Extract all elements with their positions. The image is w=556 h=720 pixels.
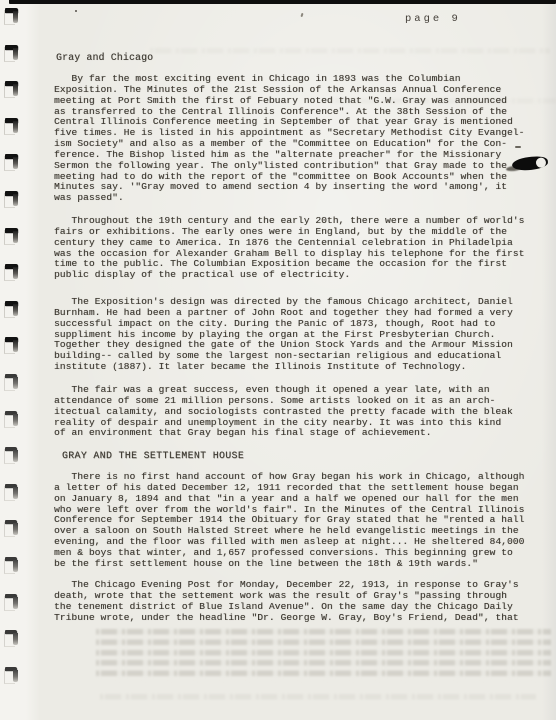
paragraph-fair-success: The fair was a great success, even thoug… (54, 385, 513, 439)
ink-smudge-mark (504, 146, 552, 178)
binding-tooth (5, 447, 20, 464)
paragraph-settlement-house-begin: There is no first hand account of how Gr… (54, 472, 524, 570)
binding-tooth (5, 337, 20, 354)
paragraph-columbian-exposition: By far the most exciting event in Chicag… (54, 74, 524, 204)
binding-tooth (5, 118, 20, 135)
binding-tooth (5, 81, 20, 98)
binding-tooth (5, 557, 20, 574)
binding-tooth (5, 594, 20, 611)
scanned-document-page: page 9 Gray and Chicago By far the most … (0, 0, 556, 720)
stray-comma-mark (300, 13, 303, 17)
binding-tooth (5, 411, 20, 428)
smudge-blob (511, 155, 548, 172)
document-title: Gray and Chicago (56, 52, 153, 63)
binding-tooth (5, 154, 20, 171)
binding-tooth (5, 520, 20, 537)
binding-tooth (5, 630, 20, 647)
paragraph-worlds-fairs: Throughout the 19th century and the earl… (54, 216, 524, 281)
bleedthrough-band-top (150, 48, 550, 57)
stray-dash-mark (515, 146, 521, 148)
paragraph-chicago-evening-post: The Chicago Evening Post for Monday, Dec… (54, 580, 519, 623)
stray-dot-mark (75, 10, 77, 12)
paragraph-exposition-design: The Exposition's design was directed by … (54, 297, 513, 373)
binding-tooth (5, 45, 20, 62)
binding-strip (0, 0, 28, 720)
binding-tooth (5, 484, 20, 501)
bleedthrough-text-block (96, 629, 551, 680)
page-number-label: page 9 (405, 13, 461, 25)
binding-tooth (5, 264, 20, 281)
binding-tooth (5, 8, 20, 25)
binding-tooth (5, 228, 20, 245)
smudge-hole (535, 157, 546, 168)
scanner-edge-bar (9, 0, 556, 4)
binding-tooth (5, 374, 20, 391)
binding-tooth (5, 301, 20, 318)
section-heading-settlement-house: GRAY AND THE SETTLEMENT HOUSE (62, 450, 244, 461)
bleedthrough-faint-line (100, 694, 536, 700)
binding-tooth (5, 191, 20, 208)
binding-tooth (5, 667, 20, 684)
